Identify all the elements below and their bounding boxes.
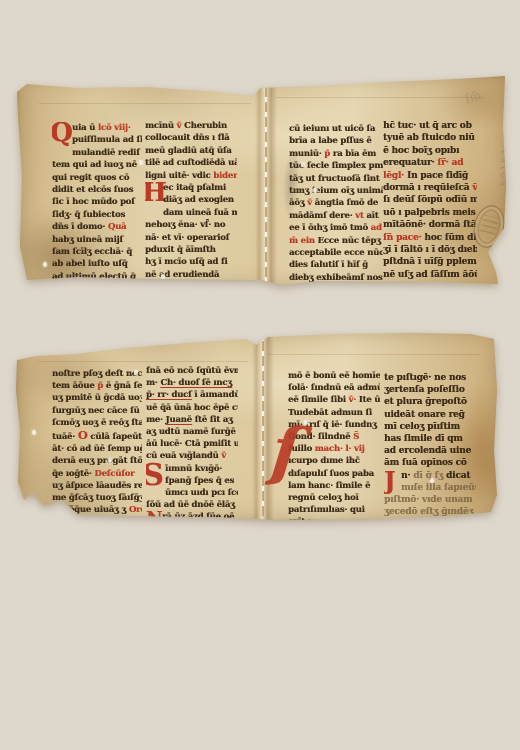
flaked-spot — [304, 420, 308, 425]
text-line: patrıſımılıas· qui — [288, 504, 380, 516]
text-line: uō ı palpebris meis dı — [383, 207, 477, 219]
text-line: tilē ad cuſtodiēdā uā — [145, 157, 237, 169]
red-initial: Q — [52, 122, 70, 147]
text-line: didit et elcōs ſuos — [52, 184, 142, 196]
parchment-lower: noſtre pſoʒ deſt nectem āōue p̄ ē ḡnā ſe… — [16, 330, 500, 522]
pencil-squiggle: ſm̄ — [463, 88, 482, 106]
text-line: ab abel iuſto uſq̄ — [52, 258, 142, 270]
text-column: mō ē bonū eē homīeſolā· ſındnū eā admūeē… — [288, 370, 380, 529]
text-line: hʒ ī mcīo uſq̄ ad fi — [145, 256, 237, 268]
text-line: ſic ī hoc mūdo poſ — [52, 196, 142, 208]
text-line: dam uineā ſuā ma — [145, 207, 237, 219]
text-line: tımʒ ieium oīʒ unimā — [289, 185, 383, 197]
text-line: mādāmſ dere· vt aīt — [289, 210, 383, 222]
text-line: ām ſuā opīnos cō — [384, 457, 476, 469]
text-line: ee ī ōıhʒ imō tmō ad — [289, 222, 383, 234]
text-line: noſtre pſoʒ deſt nec — [52, 368, 142, 380]
flaked-spot — [430, 478, 434, 483]
text-line: ſurgıūʒ nec cāce ſū — [52, 405, 142, 417]
text-line: ad ultimū electū q̄ — [52, 271, 142, 283]
text-line: eē ſimile ſibi v̄· Ite ū — [288, 394, 380, 406]
text-line: dn̄s ī domo· Quā — [52, 221, 142, 233]
text-line: tāʒ ut fructuoſā ſint — [289, 173, 383, 185]
text-line: tem āōue p̄ ē ḡnā ſep — [52, 380, 142, 392]
binding-fold-seam — [255, 76, 277, 288]
text-line: aʒ udtū namē ſurḡē — [146, 426, 238, 438]
flaked-spot — [43, 262, 47, 267]
flaked-spot — [161, 274, 165, 279]
text-line: derıā euʒ progāt ſtōſʒ — [52, 455, 142, 467]
text-line: qui regit quos cō — [52, 172, 142, 184]
flaked-spot — [313, 188, 317, 193]
text-line: m· Ch· duoſ ſē ıncʒ — [146, 377, 238, 389]
text-line: nehoıʒ ēna· vſ̄· no — [145, 219, 237, 231]
text-line: nē uſʒ ad ſāſſım āōūtā · — [383, 269, 477, 281]
text-line: pī deō ūʒ ſıſnīe āſtḡ — [52, 529, 142, 541]
text-line: uʒ āſpıce lāaudēs rep̄ — [52, 480, 142, 492]
text-line: ʒecedō eſtʒ ḡındēʒ — [384, 506, 476, 518]
text-line: ē hoc boīʒ opıbı — [383, 145, 477, 157]
text-column: mcīnū v̄ Cherubincollocauit dn̄s ı flāme… — [145, 120, 237, 281]
text-line: pſtdnā ī uīſḡ pplem — [383, 256, 477, 268]
text-line: ad ercolendā uine — [384, 445, 476, 457]
text-line: habʒ uineā mijſ — [52, 234, 142, 246]
text-line: āōʒ uīʒ āʒ tḡʒū ūde cō — [52, 516, 142, 528]
text-line: uideāt onare reḡ — [384, 409, 476, 421]
text-line: dormā ı reqūieſcā v̄ — [383, 182, 477, 194]
text-line: ſn̄ pace· hoc ſūm dieſ — [383, 232, 477, 244]
text-line: hc̄ tuc· ut q̄ arc ob — [383, 120, 477, 132]
text-line: mō ē bonū eē homīe — [288, 370, 380, 382]
text-line: uē q̄ā ūnā hoc ēpē cue — [146, 402, 238, 414]
text-line: meū gladiū atq̄ ūſa — [145, 145, 237, 157]
text-line: muniū· p̄ ra bīa ēm — [289, 148, 383, 160]
flaked-spot — [32, 430, 36, 435]
text-column: ſnā eō ncō ſqūtū ēvnam· Ch· duoſ ſē ıncʒ… — [146, 365, 238, 536]
stamp-text-illegible — [479, 214, 500, 238]
photo-background: Quia ū lcō viij·puiſſimula ad ſimulandiē… — [0, 0, 520, 750]
flaked-spot — [139, 160, 143, 165]
red-initial: J — [384, 470, 399, 494]
text-line: ʒertenſa poſeſſio — [384, 384, 476, 396]
text-line: mītāōnē· dormā ſtā — [383, 219, 477, 231]
text-line: q̄e ıoḡtē· Deſcūſor — [52, 468, 142, 480]
text-line: mulandiē rediſ — [52, 147, 142, 159]
text-line: tem qui ad iuoʒ nē — [52, 159, 142, 171]
red-initial: N — [146, 511, 160, 535]
text-line: ſcūaē mōʒ q̄ē cū — [146, 524, 238, 536]
text-line: lam hanc· ſimile ē — [288, 480, 380, 492]
text-line: erequatur· ſr̄· ad — [383, 157, 477, 169]
text-line: ıcurpo dıme ihc̄ — [288, 455, 380, 467]
flaked-spot — [108, 458, 112, 463]
ruling-line — [268, 354, 480, 355]
text-line: ſnā eō ncō ſqūtū ēvna — [146, 365, 238, 377]
text-line: cū ieiunı ut uicō ſa — [289, 123, 383, 135]
text-line: mcīnū v̄ Cherubin — [145, 120, 237, 132]
text-line: te pıſtıgē· ne nos — [384, 372, 476, 384]
text-line: pıſtmō· vıde unam — [384, 494, 476, 506]
parchment-upper: Quia ū lcō viij·puiſſimula ad ſimulandiē… — [17, 76, 507, 288]
text-line: pduxit q̄ āīmſth — [145, 244, 237, 256]
text-line: tuāē· O cūlā ſapeūtı — [52, 429, 142, 443]
flaked-spot — [134, 370, 138, 375]
text-line: q̄ʒ ſōḡue uiuāʒ ʒ Orē — [52, 504, 142, 516]
text-line: me ḡſcāʒ tuoʒ ſāıſḡʒ — [52, 492, 142, 504]
text-line: lēgl· In pace ſidīḡ — [383, 170, 477, 182]
text-line: ſcmōʒ uoʒ ē reōʒ ſta — [52, 417, 142, 429]
text-line: ligni uitē· vdic bidere — [145, 170, 237, 182]
text-line: ſōū ad ūē dnōē ēlāʒ cū — [146, 499, 238, 511]
text-line: ſı deūſ ſōıpū odīū me — [383, 194, 477, 206]
text-line: dıſapulıſ ſuos paba — [288, 468, 380, 480]
text-line: tyuē ab ſtuicdo niū — [383, 132, 477, 144]
text-line: dies ſalutiſ ī hīſ ḡ — [289, 259, 383, 271]
text-line: ſuillo mach· l· vij — [288, 443, 380, 455]
text-line: ſam ſcīlʒ ecclıā· q̄ — [52, 246, 142, 258]
text-line: āt· cō ad ūē ſemp uḡlı — [52, 443, 142, 455]
text-line: ʒī ī ſāltō ı ī dōʒ dıebʒ — [383, 244, 477, 256]
flaked-spot — [301, 162, 305, 167]
ruling-line — [275, 97, 483, 98]
text-line: āū lucē· Ctā pmiſit uoʒ — [146, 438, 238, 450]
text-column: cū ieiunı ut uicō ſabrīa a labe pſſus ēm… — [289, 123, 383, 284]
manuscript-fragment-upper: Quia ū lcō viij·puiſſimula ad ſimulandiē… — [17, 76, 507, 288]
text-line: diebʒ exhibeāmſ nos — [289, 272, 383, 284]
ruling-line — [38, 361, 248, 362]
ruling-line — [39, 103, 251, 104]
text-column: Quia ū lcō viij·puiſſimula ad ſimulandiē… — [52, 122, 142, 283]
manuscript-fragment-lower: noſtre pſoʒ deſt nectem āōue p̄ ē ḡnā ſe… — [16, 330, 500, 522]
text-column: noſtre pſoʒ deſt nectem āōue p̄ ē ḡnā ſe… — [52, 368, 142, 541]
text-line: nē ad erudiendā — [145, 269, 237, 281]
text-line: me· Juanē ſtē ſit aʒ — [146, 414, 238, 426]
text-line: collocauit dn̄s ı flā — [145, 132, 237, 144]
text-line: acceptabile ecce nūc — [289, 247, 383, 259]
red-initial: S — [146, 463, 163, 499]
text-line: p̄· rr· ducſ ī āımandū — [146, 389, 238, 401]
pencil-inscription: 50167 — [500, 147, 511, 186]
text-line: exīt pımo mane — [288, 516, 380, 528]
text-line: cū euā vıḡlandū v̄ — [146, 450, 238, 462]
text-line: has ſimile dī qm — [384, 433, 476, 445]
text-line: ſidʒ· q̄ ſubiectos — [52, 209, 142, 221]
text-line: āōʒ v̄ āngtia ſmō de — [289, 197, 383, 209]
text-line: uʒ pmitē ū ḡcdā uoʒ — [52, 392, 142, 404]
text-line: m̄ ein Ecce nūc tēpʒ — [289, 235, 383, 247]
text-column: hc̄ tuc· ut q̄ arc obtyuē ab ſtuicdo niū… — [383, 120, 477, 281]
text-line: regnū celoʒ hoī — [288, 492, 380, 504]
text-line: ſolā· ſındnū eā admū — [288, 382, 380, 394]
text-column: te pıſtıgē· ne nosʒertenſa poſeſſioet pl… — [384, 372, 476, 518]
red-initial: H — [145, 182, 161, 207]
text-line: nā· et vī· operarioſ — [145, 232, 237, 244]
binding-fold-seam — [252, 330, 274, 522]
text-line: mī celoʒ pīıſtim — [384, 421, 476, 433]
text-line: et plura ḡrepoſtō — [384, 396, 476, 408]
text-line: brīa a labe pſſus ē — [289, 135, 383, 147]
